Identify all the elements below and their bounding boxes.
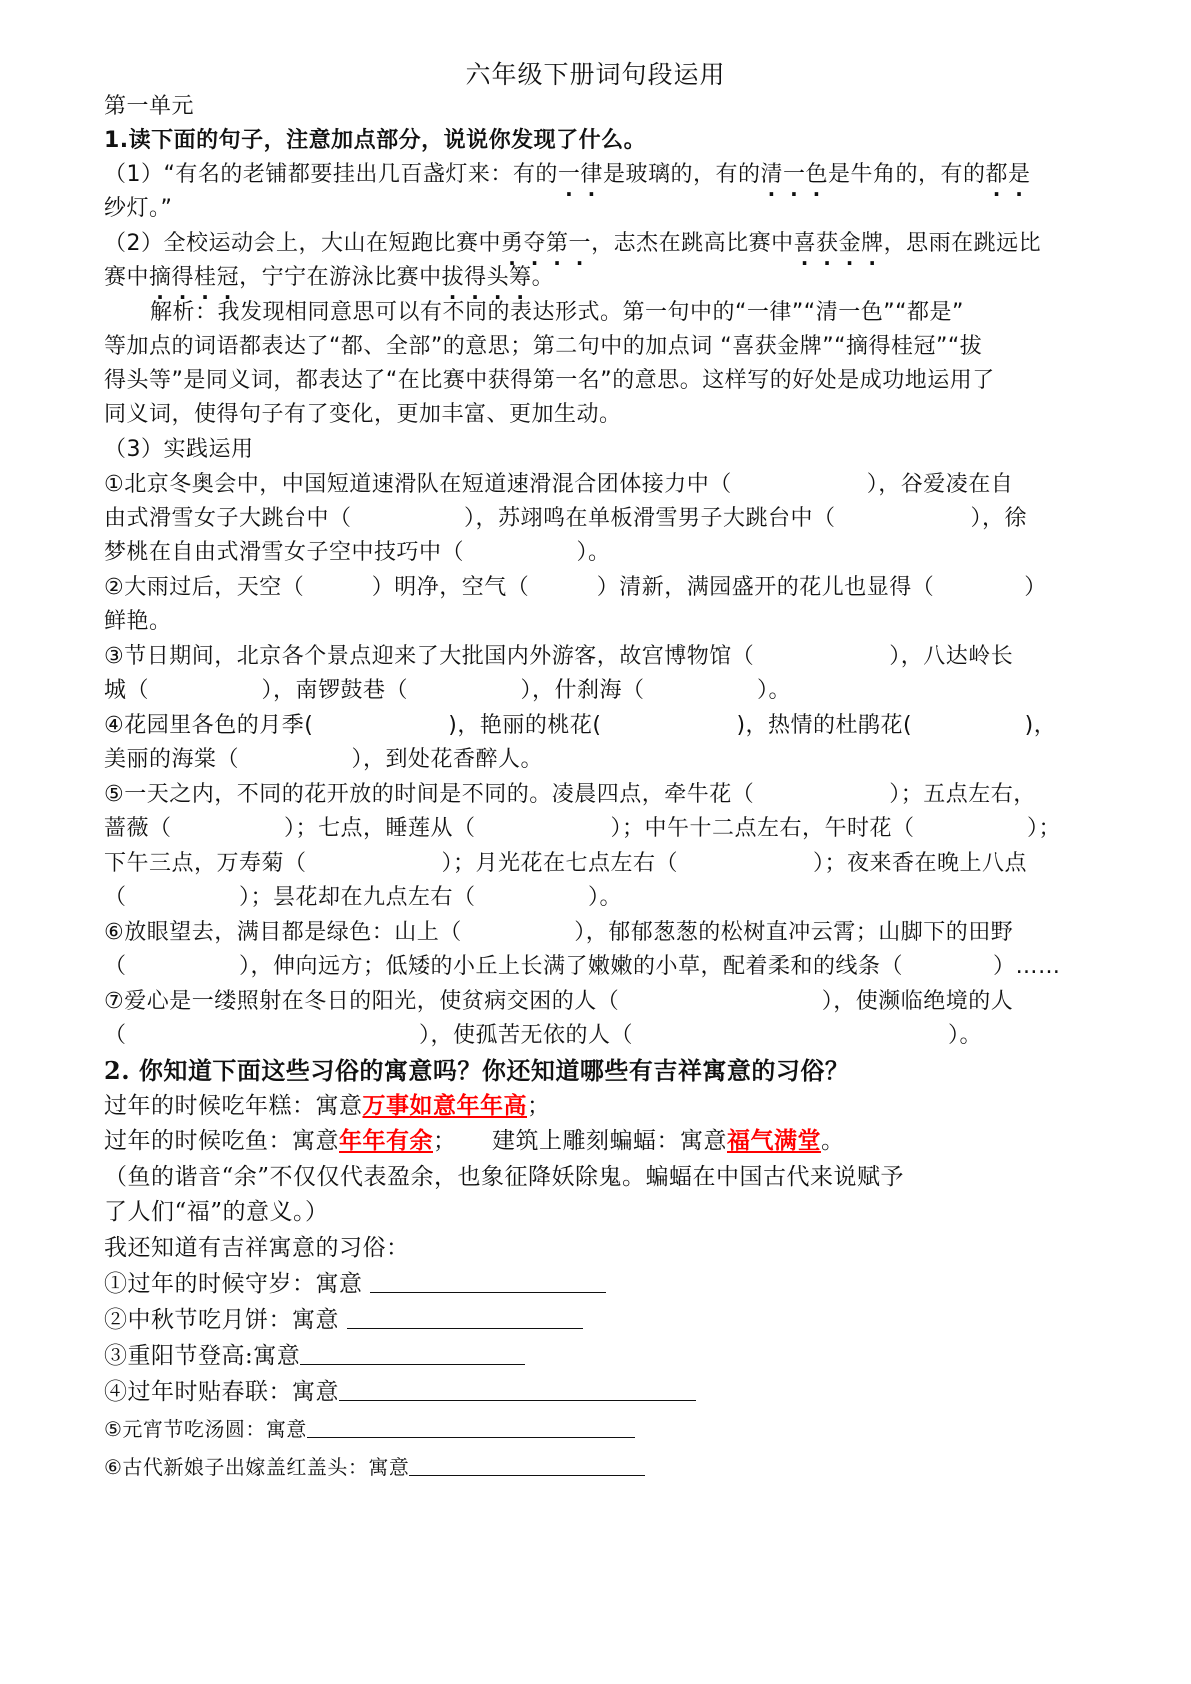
emphasized-char: 头 <box>487 265 510 290</box>
emphasized-char: 一 <box>783 162 806 187</box>
practice-line[interactable]: ①北京冬奥会中，中国短道速滑队在短道速滑混合团体接力中（ ），谷爱凌在自 <box>104 470 1013 500</box>
emphasized-char: 拔 <box>442 265 465 290</box>
text: 是玻璃的，有的 <box>603 162 761 187</box>
practice-line[interactable]: 美丽的海棠（ ），到处花香醉人。 <box>104 745 543 775</box>
emphasized-char: 得 <box>172 265 195 290</box>
custom-item-5: ⑤元宵节吃汤圆：寓意 <box>104 1413 635 1444</box>
unit-label: 第一单元 <box>104 92 194 122</box>
practice-line: 鲜艳。 <box>104 607 172 637</box>
question-1-heading: 1.读下面的句子，注意加点部分，说说你发现了什么。 <box>104 126 646 156</box>
item-label: ②中秋节吃月饼：寓意 <box>104 1307 347 1333</box>
practice-line[interactable]: 蔷薇（ ）；七点，睡莲从（ ）；中午十二点左右，午时花（ ）； <box>104 814 1061 844</box>
question-2-heading: 2. 你知道下面这些习俗的寓意吗？你还知道哪些有吉祥寓意的习俗？ <box>104 1056 849 1086</box>
text: ，思雨在跳远比 <box>884 231 1042 256</box>
text: ，志杰在跳高比赛中 <box>591 231 794 256</box>
emphasized-char: 色 <box>805 162 828 187</box>
practice-line[interactable]: ⑥放眼望去，满目都是绿色：山上（ ），郁郁葱葱的松树直冲云霄；山脚下的田野 <box>104 918 1013 948</box>
practice-line[interactable]: （ ），使孤苦无依的人（ ）。 <box>104 1021 982 1051</box>
emphasized-char: 是 <box>1008 162 1031 187</box>
answer-blank[interactable] <box>339 1376 696 1401</box>
text: ，宁宁在游泳比赛中 <box>239 265 442 290</box>
emphasized-char: 一 <box>558 162 581 187</box>
note-line: 了人们“福”的意义。） <box>104 1197 329 1227</box>
practice-line[interactable]: ⑦爱心是一缕照射在冬日的阳光，使贫病交困的人（ ），使濒临绝境的人 <box>104 987 1013 1017</box>
answer-blank[interactable] <box>347 1304 583 1329</box>
practice-line[interactable]: （ ）；昙花却在九点左右（ ）。 <box>104 883 622 913</box>
emphasized-char: 筹 <box>509 265 532 290</box>
text: 过年的时候吃年糕：寓意 <box>104 1093 363 1119</box>
sentence-1-line-2: 纱灯。” <box>104 194 172 224</box>
analysis-line: 得头等”是同义词，都表达了“在比赛中获得第一名”的意思。这样写的好处是成功地运用… <box>104 366 995 396</box>
custom-item-2: ②中秋节吃月饼：寓意 <box>104 1304 583 1335</box>
emphasized-char: 夺 <box>524 231 547 256</box>
answer-blank[interactable] <box>300 1340 525 1365</box>
answer-text: 年年有余 <box>339 1127 433 1154</box>
text: 。 <box>821 1128 845 1154</box>
item-label: ④过年时贴春联：寓意 <box>104 1379 339 1405</box>
answer-blank[interactable] <box>307 1413 635 1438</box>
text: 是牛角的，有的 <box>828 162 986 187</box>
worksheet-page: 六年级下册词句段运用 第一单元 1.读下面的句子，注意加点部分，说说你发现了什么… <box>0 0 1191 1684</box>
emphasized-char: 得 <box>464 265 487 290</box>
emphasized-char: 喜 <box>794 231 817 256</box>
custom-item-4: ④过年时贴春联：寓意 <box>104 1376 696 1407</box>
custom-row-2: 过年的时候吃鱼：寓意年年有余； 建筑上雕刻蝙蝠：寓意福气满堂。 <box>104 1126 845 1156</box>
intro-line: 我还知道有吉祥寓意的习俗： <box>104 1233 410 1263</box>
practice-line[interactable]: （ ），伸向远方；低矮的小丘上长满了嫩嫩的小草，配着柔和的线条（ ）…… <box>104 952 1061 982</box>
practice-label: （3）实践运用 <box>104 435 254 465</box>
custom-item-3: ③重阳节登高:寓意 <box>104 1340 525 1371</box>
emphasized-char: 冠 <box>217 265 240 290</box>
emphasized-char: 一 <box>569 231 592 256</box>
item-label: ⑥古代新娘子出嫁盖红盖头：寓意 <box>104 1455 409 1479</box>
sentence-1-line-1: （1）“有名的老铺都要挂出几百盏灯来：有的一律是玻璃的，有的清一色是牛角的，有的… <box>104 160 1031 190</box>
practice-line[interactable]: ⑤一天之内，不同的花开放的时间是不同的。凌晨四点，牵牛花（ ）；五点左右， <box>104 780 1036 810</box>
item-label: ③重阳节登高:寓意 <box>104 1343 300 1369</box>
practice-line[interactable]: ④花园里各色的月季( )，艳丽的桃花( )，热情的杜鹃花( )， <box>104 711 1056 741</box>
custom-item-6: ⑥古代新娘子出嫁盖红盖头：寓意 <box>104 1451 645 1482</box>
emphasized-char: 第 <box>546 231 569 256</box>
emphasized-char: 摘 <box>149 265 172 290</box>
text: ； 建筑上雕刻蝙蝠：寓意 <box>433 1128 727 1154</box>
practice-line[interactable]: 梦桃在自由式滑雪女子空中技巧中（ ）。 <box>104 538 611 568</box>
answer-text: 万事如意年年高 <box>363 1092 528 1119</box>
emphasized-char: 桂 <box>194 265 217 290</box>
analysis-line: 解析：我发现相同意思可以有不同的表达形式。第一句中的“一律”“清一色”“都是” <box>150 298 964 328</box>
analysis-line: 等加点的词语都表达了“都、全部”的意思；第二句中的加点词 “喜获金牌”“摘得桂冠… <box>104 332 982 362</box>
text: （2）全校运动会上，大山在短跑比赛中 <box>104 231 501 256</box>
emphasized-char: 勇 <box>501 231 524 256</box>
custom-row-1: 过年的时候吃年糕：寓意万事如意年年高； <box>104 1091 551 1121</box>
answer-text: 福气满堂 <box>727 1127 821 1154</box>
page-title: 六年级下册词句段运用 <box>0 58 1191 92</box>
item-label: ①过年的时候守岁：寓意 <box>104 1271 370 1297</box>
text: 赛中 <box>104 265 149 290</box>
sentence-2-line-1: （2）全校运动会上，大山在短跑比赛中勇夺第一，志杰在跳高比赛中喜获金牌，思雨在跳… <box>104 229 1041 259</box>
emphasized-char: 获 <box>816 231 839 256</box>
emphasized-char: 律 <box>580 162 603 187</box>
answer-blank[interactable] <box>370 1268 606 1293</box>
emphasized-char: 金 <box>839 231 862 256</box>
practice-line[interactable]: 由式滑雪女子大跳台中（ ），苏翊鸣在单板滑雪男子大跳台中（ ），徐 <box>104 504 1027 534</box>
emphasized-char: 清 <box>760 162 783 187</box>
text: ； <box>527 1093 551 1119</box>
practice-line[interactable]: ③节日期间，北京各个景点迎来了大批国内外游客，故宫博物馆（ ），八达岭长 <box>104 642 1013 672</box>
text: 。 <box>532 265 555 290</box>
text: （1）“有名的老铺都要挂出几百盏灯来：有的 <box>104 162 558 187</box>
custom-item-1: ①过年的时候守岁：寓意 <box>104 1268 606 1299</box>
sentence-2-line-2: 赛中摘得桂冠，宁宁在游泳比赛中拔得头筹。 <box>104 263 554 293</box>
practice-line[interactable]: 下午三点，万寿菊（ ）；月光花在七点左右（ ）；夜来香在晚上八点 <box>104 849 1027 879</box>
emphasized-char: 牌 <box>861 231 884 256</box>
answer-blank[interactable] <box>409 1451 645 1476</box>
emphasized-char: 都 <box>986 162 1009 187</box>
practice-line[interactable]: ②大雨过后，天空（ ）明净，空气（ ）清新，满园盛开的花儿也显得（ ） <box>104 573 1047 603</box>
note-line: （鱼的谐音“余”不仅仅代表盈余，也象征降妖除鬼。蝙蝠在中国古代来说赋予 <box>104 1162 904 1192</box>
practice-line[interactable]: 城（ ），南锣鼓巷（ ），什刹海（ ）。 <box>104 676 791 706</box>
text: 过年的时候吃鱼：寓意 <box>104 1128 339 1154</box>
item-label: ⑤元宵节吃汤圆：寓意 <box>104 1417 307 1441</box>
analysis-line: 同义词，使得句子有了变化，更加丰富、更加生动。 <box>104 400 622 430</box>
